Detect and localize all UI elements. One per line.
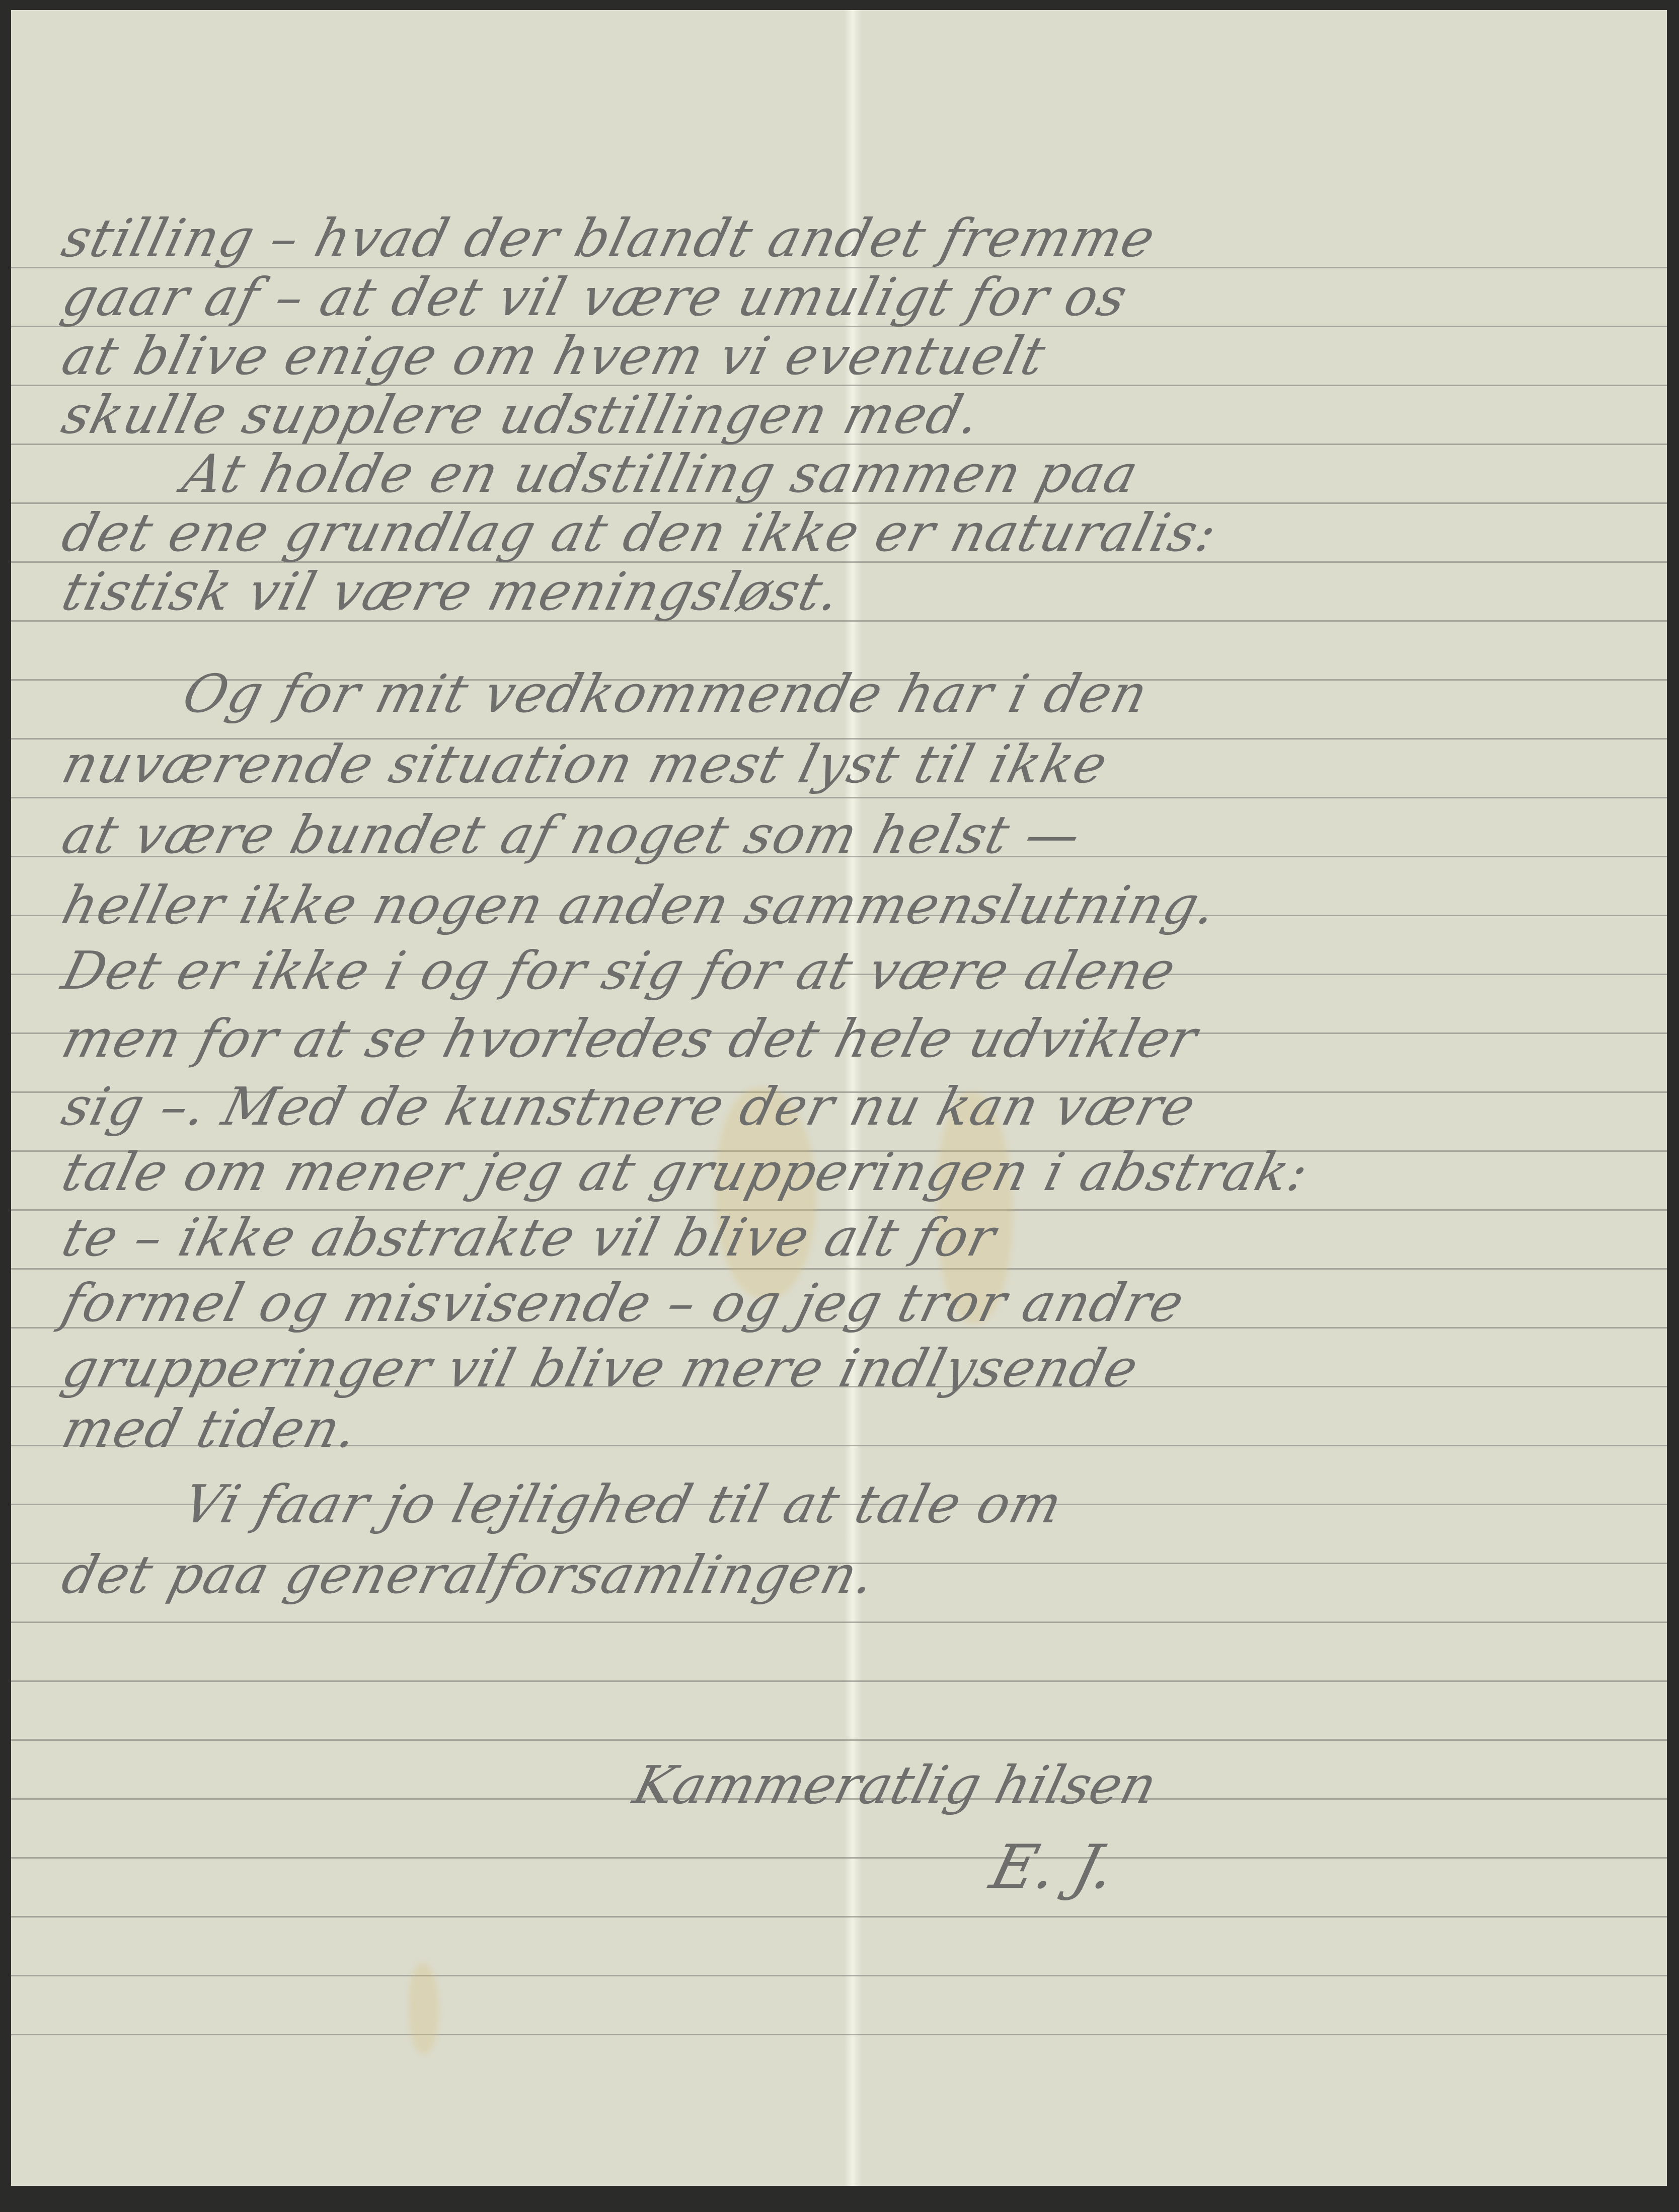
letter-sheet: stilling – hvad der blandt andet fremme … [11,10,1667,2186]
closing-salutation: Kammeratlig hilsen [628,1754,1163,1816]
letter-line: med tiden. [56,1399,1636,1458]
letter-line: Det er ikke i og for sig for at være ale… [56,941,1636,1000]
water-stain [409,1963,439,2054]
letter-line: grupperinger vil blive mere indlysende [56,1339,1636,1398]
letter-line: gaar af – at det vil være umuligt for os [56,268,1636,327]
letter-line: heller ikke nogen anden sammenslutning. [56,876,1636,935]
ruled-line [11,1268,1667,1270]
letter-line: det paa generalforsamlingen. [56,1545,1636,1604]
letter-line: skulle supplere udstillingen med. [56,386,1636,445]
ruled-line [11,1857,1667,1859]
letter-line: Og for mit vedkommende har i den [177,665,1636,723]
letter-line: men for at se hvorledes det hele udvikle… [56,1009,1636,1068]
signature: E. J. [984,1832,1122,1902]
ruled-line [11,797,1667,798]
letter-line: tistisk vil være meningsløst. [56,562,1636,621]
ruled-line [11,1916,1667,1918]
letter-line: stilling – hvad der blandt andet fremme [56,209,1636,268]
letter-line: Vi faar jo lejlighed til at tale om [177,1475,1636,1534]
ruled-line [11,1739,1667,1741]
letter-line: formel og misvisende – og jeg tror andre [56,1274,1636,1333]
letter-line: sig –. Med de kunstnere der nu kan være [56,1077,1636,1136]
ruled-line [11,1680,1667,1682]
letter-line: det ene grundlag at den ikke er naturali… [56,503,1636,562]
letter-line: te – ikke abstrakte vil blive alt for [56,1208,1636,1267]
ruled-line [11,2034,1667,2035]
letter-line: At holde en udstilling sammen paa [177,445,1636,503]
letter-line: tale om mener jeg at grupperingen i abst… [56,1143,1636,1202]
ruled-line [11,1621,1667,1623]
letter-line: at være bundet af noget som helst — [56,805,1636,864]
letter-line: nuværende situation mest lyst til ikke [56,735,1636,794]
ruled-line [11,1975,1667,1976]
letter-line: at blive enige om hvem vi eventuelt [56,327,1636,386]
